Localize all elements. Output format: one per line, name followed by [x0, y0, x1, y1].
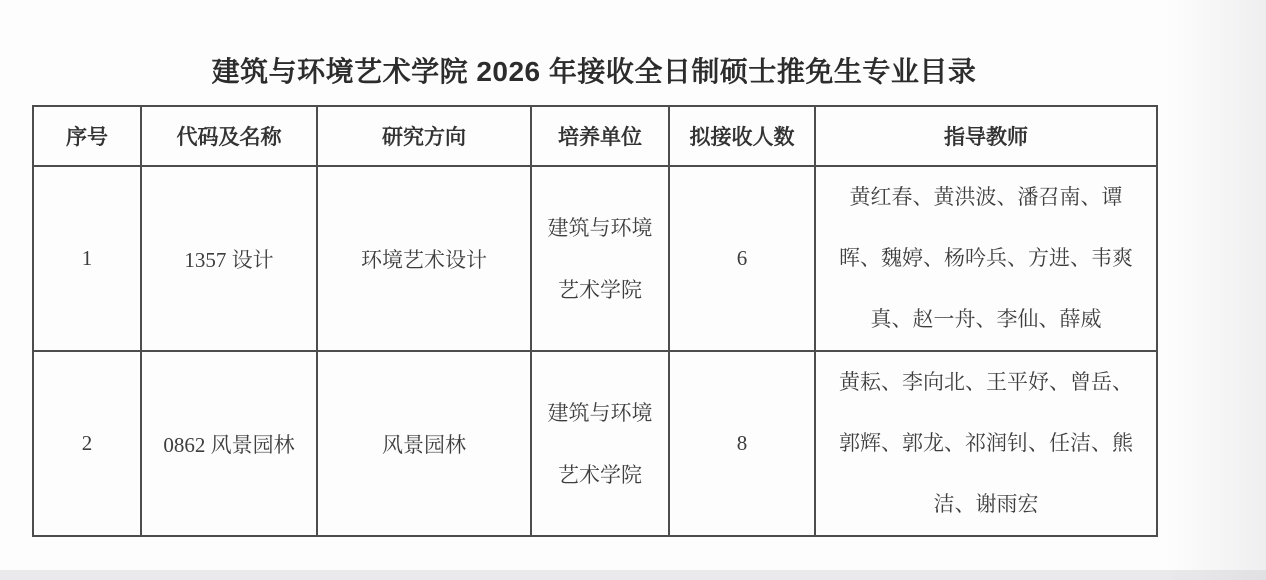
admissions-table: 序号 代码及名称 研究方向 培养单位 拟接收人数 指导教师 1 1357 设计 … [32, 105, 1158, 537]
training-unit-line: 艺术学院 [533, 259, 667, 321]
col-header-teachers: 指导教师 [815, 106, 1157, 166]
col-header-direction: 研究方向 [317, 106, 531, 166]
cell-research-direction: 风景园林 [317, 351, 531, 536]
scan-shading-right [1166, 0, 1266, 580]
header-row: 序号 代码及名称 研究方向 培养单位 拟接收人数 指导教师 [33, 106, 1157, 166]
col-header-index: 序号 [33, 106, 141, 166]
document-page: 建筑与环境艺术学院 2026 年接收全日制硕士推免生专业目录 序号 代码及名称 … [32, 0, 1156, 537]
table-row: 1 1357 设计 环境艺术设计 建筑与环境 艺术学院 6 黄红春、黄洪波、潘召… [33, 166, 1157, 351]
training-unit-line: 建筑与环境 [533, 382, 667, 444]
cell-admission-quota: 8 [669, 351, 815, 536]
cell-code-name: 1357 设计 [141, 166, 317, 351]
col-header-code-name: 代码及名称 [141, 106, 317, 166]
cell-research-direction: 环境艺术设计 [317, 166, 531, 351]
cell-admission-quota: 6 [669, 166, 815, 351]
training-unit-line: 建筑与环境 [533, 197, 667, 259]
cell-training-unit: 建筑与环境 艺术学院 [531, 351, 669, 536]
cell-row-index: 1 [33, 166, 141, 351]
cell-supervisors: 黄红春、黄洪波、潘召南、谭晖、魏婷、杨吟兵、方进、韦爽真、赵一舟、李仙、薛威 [815, 166, 1157, 351]
cell-row-index: 2 [33, 351, 141, 536]
scan-shading-bottom [0, 570, 1266, 580]
page-title: 建筑与环境艺术学院 2026 年接收全日制硕士推免生专业目录 [32, 0, 1156, 90]
col-header-quota: 拟接收人数 [669, 106, 815, 166]
cell-code-name: 0862 风景园林 [141, 351, 317, 536]
cell-training-unit: 建筑与环境 艺术学院 [531, 166, 669, 351]
training-unit-line: 艺术学院 [533, 444, 667, 506]
cell-supervisors: 黄耘、李向北、王平妤、曾岳、郭辉、郭龙、祁润钊、任洁、熊洁、谢雨宏 [815, 351, 1157, 536]
col-header-unit: 培养单位 [531, 106, 669, 166]
table-row: 2 0862 风景园林 风景园林 建筑与环境 艺术学院 8 黄耘、李向北、王平妤… [33, 351, 1157, 536]
